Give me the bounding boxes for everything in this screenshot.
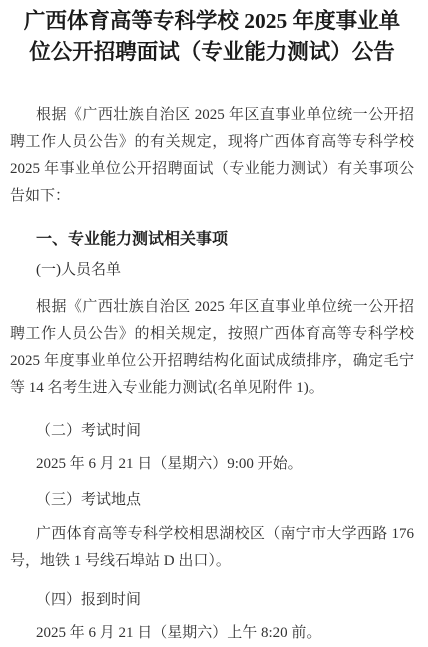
subsection-heading-personnel-list: (一)人员名单 <box>10 257 414 284</box>
announcement-document: 广西体育高等专科学校 2025 年度事业单 位公开招聘面试（专业能力测试）公告 … <box>0 0 428 647</box>
page-title-line-2: 位公开招聘面试（专业能力测试）公告 <box>10 37 414 68</box>
intro-paragraph: 根据《广西壮族自治区 2025 年区直事业单位统一公开招聘工作人员公告》的有关规… <box>10 102 414 210</box>
subsection-body-exam-location: 广西体育高等专科学校相思湖校区（南宁市大学西路 176 号，地铁 1 号线石埠站… <box>10 521 414 575</box>
section-heading-test-matters: 一、专业能力测试相关事项 <box>10 226 414 253</box>
subsection-body-exam-time: 2025 年 6 月 21 日（星期六）9:00 开始。 <box>10 451 414 478</box>
subsection-heading-exam-location: （三）考试地点 <box>10 487 414 514</box>
subsection-heading-report-time: （四）报到时间 <box>10 587 414 614</box>
subsection-body-personnel-list: 根据《广西壮族自治区 2025 年区直事业单位统一公开招聘工作人员公告》的相关规… <box>10 294 414 402</box>
subsection-heading-exam-time: （二）考试时间 <box>10 418 414 445</box>
page-title: 广西体育高等专科学校 2025 年度事业单 位公开招聘面试（专业能力测试）公告 <box>10 6 414 68</box>
subsection-body-report-time: 2025 年 6 月 21 日（星期六）上午 8:20 前。 <box>10 620 414 647</box>
page-title-line-1: 广西体育高等专科学校 2025 年度事业单 <box>10 6 414 37</box>
